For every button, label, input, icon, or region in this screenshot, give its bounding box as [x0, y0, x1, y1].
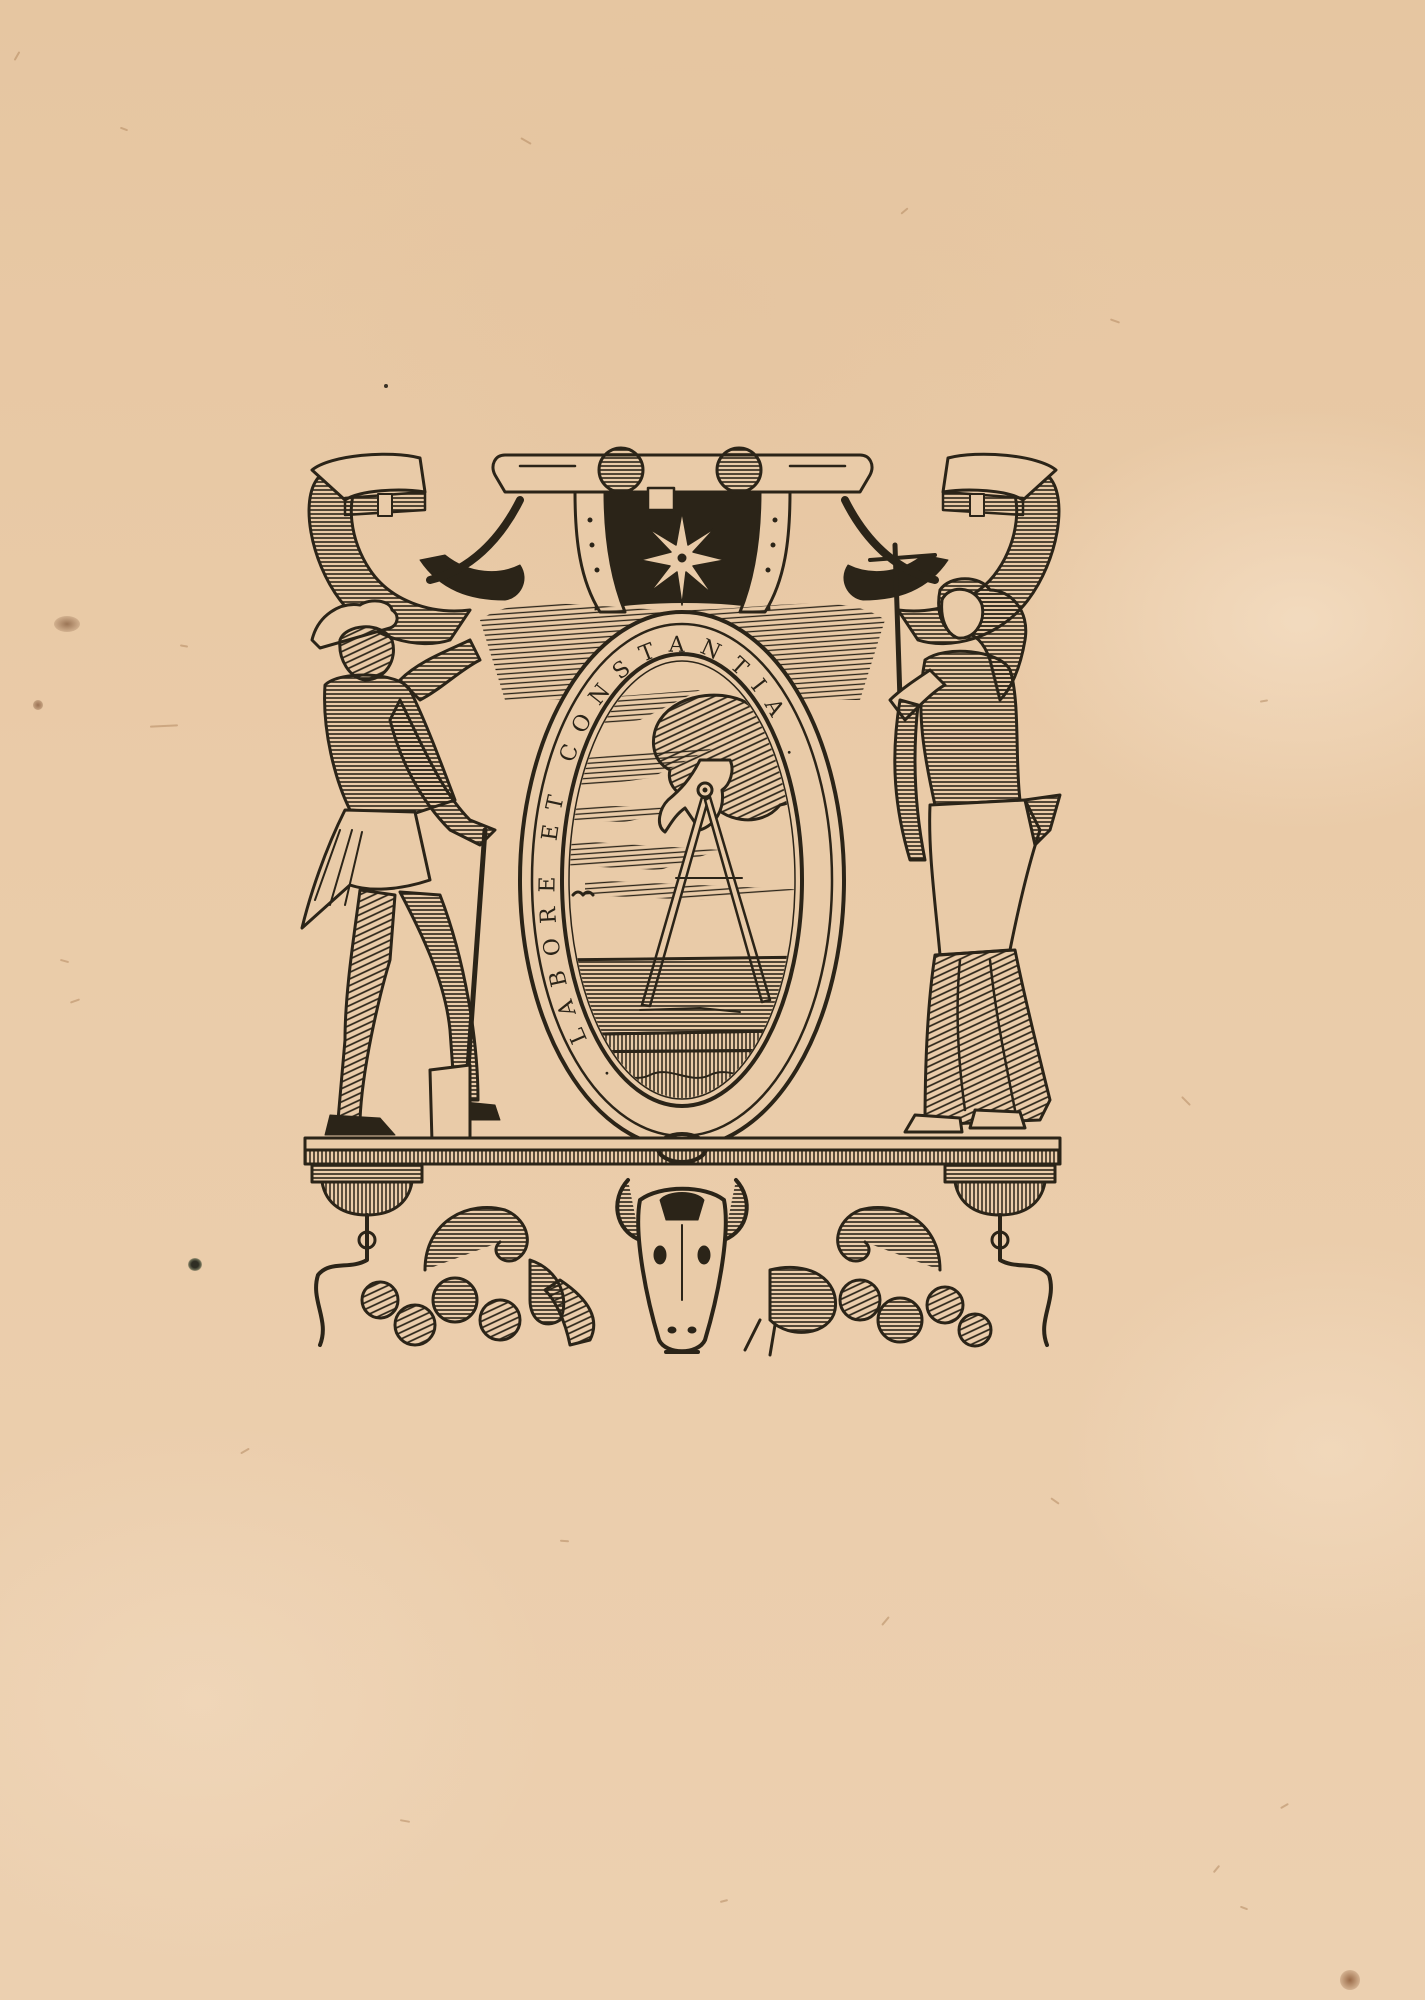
foxing-spot — [188, 1258, 202, 1271]
foxing-spot — [384, 384, 388, 388]
foxing-spot — [33, 700, 43, 710]
printers-device-woodcut: . LABORE ET CONSTANTIA . — [295, 440, 1070, 1370]
left-figure-man-with-spade — [302, 601, 500, 1142]
bottom-ornament-bull-and-garlands — [316, 1180, 1051, 1355]
foxing-spot — [54, 616, 80, 632]
right-figure-woman-with-staff — [870, 545, 1060, 1132]
oval-cartouche: . LABORE ET CONSTANTIA . — [480, 603, 885, 1162]
foxing-spot — [1340, 1970, 1360, 1990]
